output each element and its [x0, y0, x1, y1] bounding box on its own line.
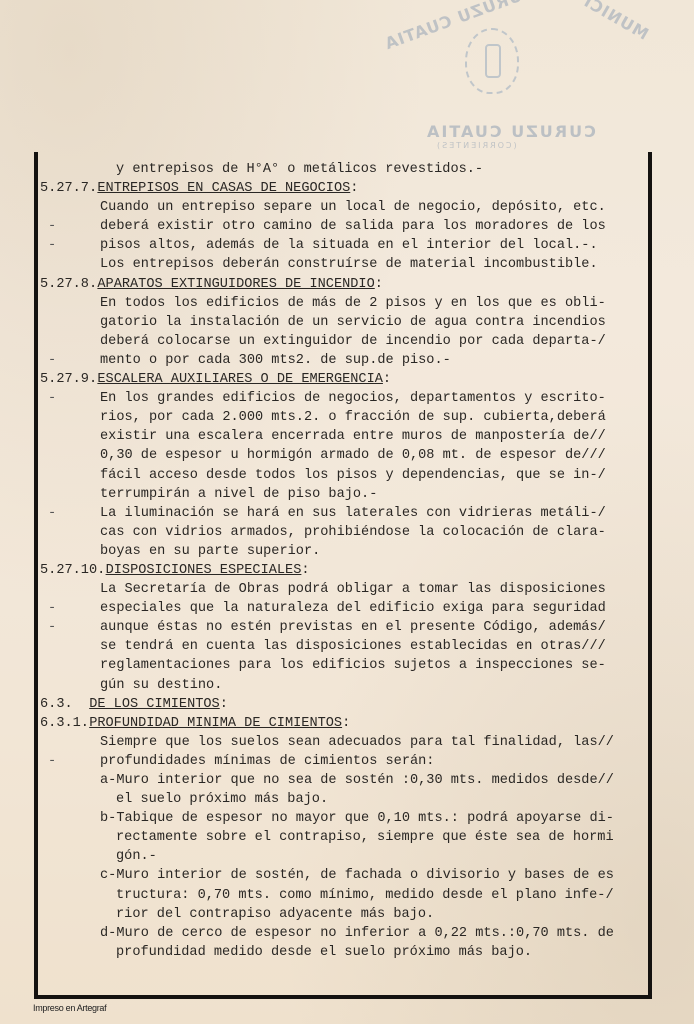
body-text-line: Los entrepisos deberán construírse de ma… [38, 255, 650, 274]
body-text-line: Cuando un entrepiso separe un local de n… [38, 198, 650, 217]
letterhead-province: (CORRIENTES) [435, 141, 517, 150]
section-title-text: APARATOS EXTINGUIDORES DE INCENDIO [97, 277, 374, 292]
section-heading-line: 5.27.7.ENTREPISOS EN CASAS DE NEGOCIOS: [38, 179, 650, 198]
section-title: DE LOS CIMIENTOS: [89, 695, 228, 714]
margin-mark: - [48, 236, 56, 255]
body-text-line: -En los grandes edificios de negocios, d… [38, 389, 650, 408]
paragraph-text: rios, por cada 2.000 mts.2. o fracción d… [100, 408, 606, 427]
section-heading-line: 5.27.10.DISPOSICIONES ESPECIALES: [38, 561, 650, 580]
section-title-text: ESCALERA AUXILIARES O DE EMERGENCIA [97, 372, 383, 387]
paragraph-text: deberá existir otro camino de salida par… [100, 217, 606, 236]
paragraph-text: y entrepisos de H°A° o metálicos revesti… [116, 160, 483, 179]
paragraph-text: En todos los edificios de más de 2 pisos… [100, 294, 606, 313]
body-text-line: terrumpirán a nivel de piso bajo.- [38, 485, 650, 504]
letterhead-arc-right: MUNICI [580, 0, 652, 44]
margin-mark: - [48, 389, 56, 408]
body-text-line: boyas en su parte superior. [38, 542, 650, 561]
body-text-line: gatorio la instalación de un servicio de… [38, 313, 650, 332]
municipal-letterhead-watermark: CURUZU CUATIA MUNICI CURUZU CUATIA (CORR… [360, 0, 660, 150]
section-heading-line: 5.27.9.ESCALERA AUXILIARES O DE EMERGENC… [38, 370, 650, 389]
body-text-line: cas con vidrios armados, prohibiéndose l… [38, 523, 650, 542]
margin-mark: - [48, 599, 56, 618]
paragraph-text: La iluminación se hará en sus laterales … [100, 504, 606, 523]
paragraph-text: c-Muro interior de sostén, de fachada o … [100, 866, 614, 885]
body-text-line: d-Muro de cerco de espesor no inferior a… [38, 924, 650, 943]
paragraph-text: gatorio la instalación de un servicio de… [100, 313, 606, 332]
paragraph-text: fácil acceso desde todos los pisos y dep… [100, 466, 606, 485]
margin-mark: - [48, 504, 56, 523]
body-text-line: fácil acceso desde todos los pisos y dep… [38, 466, 650, 485]
margin-mark: - [48, 752, 56, 771]
margin-mark: - [48, 618, 56, 637]
paragraph-text: d-Muro de cerco de espesor no inferior a… [100, 924, 614, 943]
section-title-text: PROFUNDIDAD MINIMA DE CIMIENTOS [89, 716, 342, 731]
paragraph-text: cas con vidrios armados, prohibiéndose l… [100, 523, 606, 542]
body-text-line: existir una escalera encerrada entre mur… [38, 427, 650, 446]
body-text-line: En todos los edificios de más de 2 pisos… [38, 294, 650, 313]
paragraph-text: reglamentaciones para los edificios suje… [100, 656, 606, 675]
body-text-line: rectamente sobre el contrapiso, siempre … [38, 828, 650, 847]
body-text-line: -mento o por cada 300 mts2. de sup.de pi… [38, 351, 650, 370]
body-text-line: -aunque éstas no estén previstas en el p… [38, 618, 650, 637]
section-title-text: DE LOS CIMIENTOS [89, 697, 220, 712]
body-text-line: 0,30 de espesor u hormigón armado de 0,0… [38, 446, 650, 465]
section-title: PROFUNDIDAD MINIMA DE CIMIENTOS: [89, 714, 350, 733]
paragraph-text: rior del contrapiso adyacente más bajo. [116, 905, 434, 924]
body-text-line: y entrepisos de H°A° o metálicos revesti… [38, 160, 650, 179]
paragraph-text: Cuando un entrepiso separe un local de n… [100, 198, 606, 217]
section-title-colon: : [375, 277, 383, 292]
paragraph-text: deberá colocarse un extinguidor de incen… [100, 332, 606, 351]
body-text-line: b-Tabique de espesor no mayor que 0,10 m… [38, 809, 650, 828]
body-text-line: el suelo próximo más bajo. [38, 790, 650, 809]
paragraph-text: gón.- [116, 847, 157, 866]
body-text-line: -profundidades mínimas de cimientos será… [38, 752, 650, 771]
body-text-line: tructura: 0,70 mts. como mínimo, medido … [38, 886, 650, 905]
body-text-line: rios, por cada 2.000 mts.2. o fracción d… [38, 408, 650, 427]
body-text-line: gún su destino. [38, 676, 650, 695]
section-title: DISPOSICIONES ESPECIALES: [106, 561, 310, 580]
section-title-colon: : [350, 181, 358, 196]
paragraph-text: el suelo próximo más bajo. [116, 790, 328, 809]
typewritten-document-body: y entrepisos de H°A° o metálicos revesti… [38, 160, 650, 962]
body-text-line: gón.- [38, 847, 650, 866]
paragraph-text: terrumpirán a nivel de piso bajo.- [100, 485, 377, 504]
paragraph-text: especiales que la naturaleza del edifici… [100, 599, 606, 618]
coat-of-arms-icon [465, 28, 519, 94]
margin-mark: - [48, 217, 56, 236]
section-heading-line: 6.3.DE LOS CIMIENTOS: [38, 695, 650, 714]
paragraph-text: mento o por cada 300 mts2. de sup.de pis… [100, 351, 451, 370]
paragraph-text: b-Tabique de espesor no mayor que 0,10 m… [100, 809, 614, 828]
paragraph-text: Siempre que los suelos sean adecuados pa… [100, 733, 614, 752]
paragraph-text: se tendrá en cuenta las disposiciones es… [100, 637, 606, 656]
section-title-text: ENTREPISOS EN CASAS DE NEGOCIOS [97, 181, 350, 196]
paragraph-text: gún su destino. [100, 676, 222, 695]
section-title-colon: : [383, 372, 391, 387]
section-number: 5.27.8. [40, 275, 97, 294]
paragraph-text: a-Muro interior que no sea de sostén :0,… [100, 771, 614, 790]
section-number: 6.3. [40, 695, 73, 714]
paragraph-text: boyas en su parte superior. [100, 542, 320, 561]
paragraph-text: aunque éstas no estén previstas en el pr… [100, 618, 606, 637]
paragraph-text: profundidades mínimas de cimientos serán… [100, 752, 434, 771]
body-text-line: -especiales que la naturaleza del edific… [38, 599, 650, 618]
section-number: 5.27.7. [40, 179, 97, 198]
printer-credit: Impreso en Artegraf [33, 1003, 106, 1013]
section-number: 5.27.9. [40, 370, 97, 389]
section-heading-line: 5.27.8.APARATOS EXTINGUIDORES DE INCENDI… [38, 275, 650, 294]
body-text-line: reglamentaciones para los edificios suje… [38, 656, 650, 675]
body-text-line: deberá colocarse un extinguidor de incen… [38, 332, 650, 351]
body-text-line: c-Muro interior de sostén, de fachada o … [38, 866, 650, 885]
paragraph-text: profundidad medido desde el suelo próxim… [116, 943, 532, 962]
paragraph-text: rectamente sobre el contrapiso, siempre … [116, 828, 614, 847]
body-text-line: Siempre que los suelos sean adecuados pa… [38, 733, 650, 752]
body-text-line: -deberá existir otro camino de salida pa… [38, 217, 650, 236]
body-text-line: -La iluminación se hará en sus laterales… [38, 504, 650, 523]
body-text-line: -pisos altos, además de la situada en el… [38, 236, 650, 255]
body-text-line: La Secretaría de Obras podrá obligar a t… [38, 580, 650, 599]
body-text-line: se tendrá en cuenta las disposiciones es… [38, 637, 650, 656]
section-title: ENTREPISOS EN CASAS DE NEGOCIOS: [97, 179, 358, 198]
section-number: 6.3.1. [40, 714, 89, 733]
paragraph-text: La Secretaría de Obras podrá obligar a t… [100, 580, 606, 599]
paragraph-text: existir una escalera encerrada entre mur… [100, 427, 606, 446]
paragraph-text: Los entrepisos deberán construírse de ma… [100, 255, 598, 274]
paragraph-text: tructura: 0,70 mts. como mínimo, medido … [116, 886, 614, 905]
section-title-colon: : [342, 716, 350, 731]
paragraph-text: En los grandes edificios de negocios, de… [100, 389, 606, 408]
section-title-colon: : [301, 563, 309, 578]
section-title-text: DISPOSICIONES ESPECIALES [106, 563, 302, 578]
body-text-line: profundidad medido desde el suelo próxim… [38, 943, 650, 962]
section-number: 5.27.10. [40, 561, 105, 580]
paragraph-text: pisos altos, además de la situada en el … [100, 236, 598, 255]
letterhead-city: CURUZU CUATIA [425, 122, 596, 141]
paragraph-text: 0,30 de espesor u hormigón armado de 0,0… [100, 446, 606, 465]
section-title: ESCALERA AUXILIARES O DE EMERGENCIA: [97, 370, 391, 389]
section-title: APARATOS EXTINGUIDORES DE INCENDIO: [97, 275, 383, 294]
section-heading-line: 6.3.1.PROFUNDIDAD MINIMA DE CIMIENTOS: [38, 714, 650, 733]
section-title-colon: : [220, 697, 228, 712]
body-text-line: a-Muro interior que no sea de sostén :0,… [38, 771, 650, 790]
body-text-line: rior del contrapiso adyacente más bajo. [38, 905, 650, 924]
margin-mark: - [48, 351, 56, 370]
